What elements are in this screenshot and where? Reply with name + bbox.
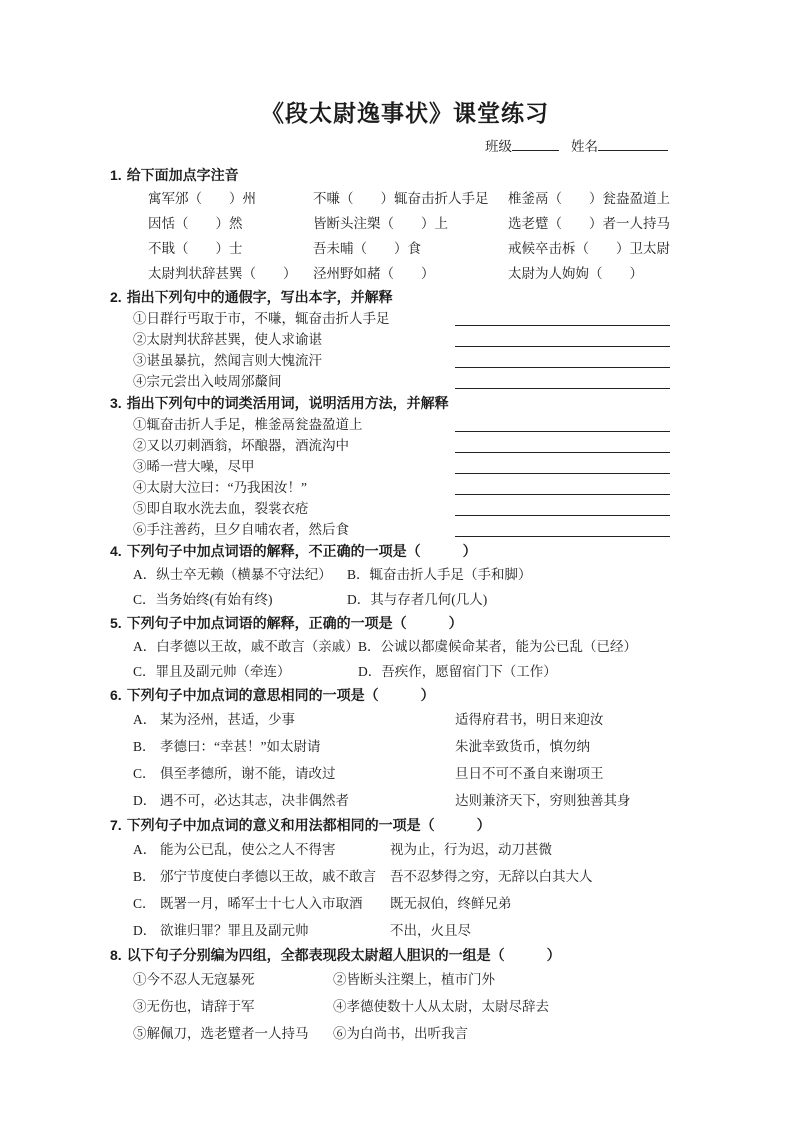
question-2-prompt: 指出下列句中的通假字，写出本字，并解释 (127, 289, 393, 305)
option-label: D． (133, 917, 160, 944)
pinyin-row-3: 不戢（ ）士 吾未晡（ ）食 戒候卒击柝（ ）卫太尉 (148, 236, 700, 261)
pinyin-item: 因恬（ ）然 (148, 211, 313, 236)
answer-blank-line[interactable] (455, 431, 670, 432)
option-row-b: B． 邠宁节度使白孝德以王故，戚不敢言 吾不忍梦得之穷，无辞以白其大人 (133, 863, 700, 890)
pinyin-item: 泾州野如赭（ ） (313, 261, 508, 286)
numbered-sentence: ④孝德使数十人从太尉，太尉尽辞去 (333, 993, 700, 1020)
question-1: 1.给下面加点字注音 寓军邠（ ）州 不嗛（ ）辄奋击折人手足 椎釜鬲（ ）瓮盎… (110, 164, 700, 286)
pinyin-item: 不戢（ ）士 (148, 236, 313, 261)
answer-blank-line[interactable] (455, 536, 670, 537)
question-3-prompt: 指出下列句中的词类活用词，说明活用方法，并解释 (127, 395, 449, 411)
numbered-sentence: ②皆断头注槊上，植市门外 (333, 966, 700, 993)
sentence-text: ②太尉判状辞甚巽，使人求谕谌 (133, 329, 455, 350)
page-title: 《段太尉逸事状》课堂练习 (110, 96, 700, 130)
answer-blank-line[interactable] (455, 367, 670, 368)
option-left-sentence: 能为公已乱，使公之人不得害 (160, 836, 390, 863)
option-row-a: A． 能为公已乱，使公之人不得害 视为止，行为迟，动刀甚微 (133, 836, 700, 863)
numbered-sentence: ⑥为白尚书，出听我言 (333, 1020, 700, 1047)
question-8-header: 8.以下句子分别编为四组，全都表现段太尉超人胆识的一组是（ ） (110, 944, 700, 966)
question-5-header: 5.下列句子中加点词语的解释，正确的一项是（ ） (110, 612, 700, 634)
question-5-prompt: 下列句子中加点词语的解释，正确的一项是（ ） (127, 615, 463, 631)
question-4: 4.下列句子中加点词语的解释，不正确的一项是（ ） A．纵士卒无赖（横暴不守法纪… (110, 540, 700, 612)
fill-item-row: ④太尉大泣曰：“乃我困汝！” (133, 477, 700, 498)
question-7-header: 7.下列句子中加点词的意义和用法都相同的一项是（ ） (110, 814, 700, 836)
fill-item-row: ①日群行丐取于市，不嗛，辄奋击折人手足 (133, 308, 700, 329)
answer-blank-line[interactable] (455, 473, 670, 474)
option-right-sentence: 朱泚幸致货币，慎勿纳 (455, 733, 700, 760)
option-row-a: A． 某为泾州，甚适，少事 适得府君书，明日来迎汝 (133, 706, 700, 733)
name-label: 姓名 (571, 139, 598, 154)
answer-blank-line[interactable] (455, 452, 670, 453)
fill-item-row: ④宗元尝出入岐周邠斄间 (133, 371, 700, 392)
option-left-sentence: 孝德曰：“幸甚！”如太尉请 (160, 733, 455, 760)
option-c: C．当务始终(有始有终) (133, 587, 347, 612)
option-left-sentence: 遇不可，必达其志，决非偶然者 (160, 787, 455, 814)
question-7-number: 7. (110, 817, 122, 833)
numbered-sentence-row: ③无伤也，请辞于军 ④孝德使数十人从太尉，太尉尽辞去 (133, 993, 700, 1020)
question-7: 7.下列句子中加点词的意义和用法都相同的一项是（ ） A． 能为公已乱，使公之人… (110, 814, 700, 944)
fill-item-row: ③晞一营大噪，尽甲 (133, 456, 700, 477)
option-left-sentence: 既署一月，晞军士十七人入市取酒 (160, 890, 390, 917)
pinyin-item: 选老躄（ ）者一人持马 (508, 211, 700, 236)
option-a: A．纵士卒无赖（横暴不守法纪） (133, 562, 347, 587)
question-8: 8.以下句子分别编为四组，全都表现段太尉超人胆识的一组是（ ） ①今不忍人无寇暴… (110, 944, 700, 1047)
fill-item-row: ②又以刃刺酒翁，坏酿器，酒流沟中 (133, 435, 700, 456)
question-6: 6.下列句子中加点词的意思相同的一项是（ ） A． 某为泾州，甚适，少事 适得府… (110, 684, 700, 814)
question-4-prompt: 下列句子中加点词语的解释，不正确的一项是（ ） (127, 543, 477, 559)
question-4-number: 4. (110, 543, 122, 559)
sentence-text: ⑥手注善药，旦夕自哺农者，然后食 (133, 519, 455, 540)
sentence-text: ①日群行丐取于市，不嗛，辄奋击折人手足 (133, 308, 455, 329)
option-row: A．白孝德以王故，戚不敢言（亲戚） B．公诚以都虞候命某者，能为公已乱（已经） (133, 634, 700, 659)
pinyin-row-1: 寓军邠（ ）州 不嗛（ ）辄奋击折人手足 椎釜鬲（ ）瓮盎盈道上 (148, 186, 700, 211)
option-row-d: D． 欲谁归罪？罪且及副元帅 不出，火且尽 (133, 917, 700, 944)
pinyin-item: 吾未晡（ ）食 (313, 236, 508, 261)
option-label: C． (133, 760, 160, 787)
pinyin-item: 戒候卒击柝（ ）卫太尉 (508, 236, 700, 261)
option-d: D．其与存者几何(几人) (347, 587, 700, 612)
sentence-text: ③晞一营大噪，尽甲 (133, 456, 455, 477)
question-6-header: 6.下列句子中加点词的意思相同的一项是（ ） (110, 684, 700, 706)
numbered-sentence: ①今不忍人无寇暴死 (133, 966, 333, 993)
question-3: 3.指出下列句中的词类活用词，说明活用方法，并解释 ①辄奋击折人手足，椎釜鬲瓮盎… (110, 392, 700, 540)
pinyin-row-4: 太尉判状辞甚巽（ ） 泾州野如赭（ ） 太尉为人姁姁（ ） (148, 261, 700, 286)
sentence-text: ③谌虽暴抗，然闻言则大愧流汗 (133, 350, 455, 371)
option-left-sentence: 欲谁归罪？罪且及副元帅 (160, 917, 390, 944)
option-row-c: C． 俱至孝德所，谢不能，请改过 旦日不可不蚤自来谢项王 (133, 760, 700, 787)
option-right-sentence: 旦日不可不蚤自来谢项王 (455, 760, 700, 787)
question-3-header: 3.指出下列句中的词类活用词，说明活用方法，并解释 (110, 392, 700, 414)
question-2: 2.指出下列句中的通假字，写出本字，并解释 ①日群行丐取于市，不嗛，辄奋击折人手… (110, 286, 700, 392)
option-row: C．当务始终(有始有终) D．其与存者几何(几人) (133, 587, 700, 612)
numbered-sentence-row: ⑤解佩刀，选老躄者一人持马 ⑥为白尚书，出听我言 (133, 1020, 700, 1047)
option-label: C． (133, 890, 160, 917)
sentence-text: ①辄奋击折人手足，椎釜鬲瓮盎盈道上 (133, 414, 455, 435)
option-label: A． (133, 836, 160, 863)
sentence-text: ④宗元尝出入岐周邠斄间 (133, 371, 455, 392)
option-label: A． (133, 706, 160, 733)
option-row: C．罪且及副元帅（牵连） D．吾疾作，愿留宿门下（工作） (133, 659, 700, 684)
question-6-number: 6. (110, 687, 122, 703)
question-8-number: 8. (110, 947, 122, 963)
pinyin-item: 不嗛（ ）辄奋击折人手足 (313, 186, 508, 211)
question-2-header: 2.指出下列句中的通假字，写出本字，并解释 (110, 286, 700, 308)
numbered-sentence: ⑤解佩刀，选老躄者一人持马 (133, 1020, 333, 1047)
answer-blank-line[interactable] (455, 515, 670, 516)
question-8-prompt: 以下句子分别编为四组，全都表现段太尉超人胆识的一组是（ ） (127, 947, 561, 963)
option-right-sentence: 不出，火且尽 (390, 917, 700, 944)
option-right-sentence: 吾不忍梦得之穷，无辞以白其大人 (390, 863, 700, 890)
question-1-prompt: 给下面加点字注音 (127, 167, 239, 183)
numbered-sentence: ③无伤也，请辞于军 (133, 993, 333, 1020)
question-1-header: 1.给下面加点字注音 (110, 164, 700, 186)
option-right-sentence: 视为止，行为迟，动刀甚微 (390, 836, 700, 863)
question-5-number: 5. (110, 615, 122, 631)
option-b: B．公诚以都虞候命某者，能为公已乱（已经） (358, 634, 700, 659)
pinyin-item: 太尉为人姁姁（ ） (508, 261, 700, 286)
sentence-text: ④太尉大泣曰：“乃我困汝！” (133, 477, 455, 498)
sentence-text: ②又以刃刺酒翁，坏酿器，酒流沟中 (133, 435, 455, 456)
option-a: A．白孝德以王故，戚不敢言（亲戚） (133, 634, 358, 659)
option-left-sentence: 邠宁节度使白孝德以王故，戚不敢言 (160, 863, 390, 890)
option-row: A．纵士卒无赖（横暴不守法纪） B．辄奋击折人手足（手和脚） (133, 562, 700, 587)
option-row-b: B． 孝德曰：“幸甚！”如太尉请 朱泚幸致货币，慎勿纳 (133, 733, 700, 760)
class-label: 班级 (485, 139, 512, 154)
pinyin-item: 寓军邠（ ）州 (148, 186, 313, 211)
fill-item-row: ①辄奋击折人手足，椎釜鬲瓮盎盈道上 (133, 414, 700, 435)
question-2-number: 2. (110, 289, 122, 305)
class-blank-line[interactable] (512, 138, 559, 151)
pinyin-item: 椎釜鬲（ ）瓮盎盈道上 (508, 186, 700, 211)
numbered-sentence-row: ①今不忍人无寇暴死 ②皆断头注槊上，植市门外 (133, 966, 700, 993)
question-4-header: 4.下列句子中加点词语的解释，不正确的一项是（ ） (110, 540, 700, 562)
option-label: B． (133, 863, 160, 890)
answer-blank-line[interactable] (455, 325, 670, 326)
pinyin-row-2: 因恬（ ）然 皆断头注槊（ ）上 选老躄（ ）者一人持马 (148, 211, 700, 236)
name-blank-line[interactable] (598, 138, 668, 151)
option-d: D．吾疾作，愿留宿门下（工作） (358, 659, 700, 684)
pinyin-item: 皆断头注槊（ ）上 (313, 211, 508, 236)
fill-item-row: ②太尉判状辞甚巽，使人求谕谌 (133, 329, 700, 350)
option-left-sentence: 俱至孝德所，谢不能，请改过 (160, 760, 455, 787)
fill-item-row: ③谌虽暴抗，然闻言则大愧流汗 (133, 350, 700, 371)
option-right-sentence: 既无叔伯，终鲜兄弟 (390, 890, 700, 917)
pinyin-item: 太尉判状辞甚巽（ ） (148, 261, 313, 286)
option-right-sentence: 适得府君书，明日来迎汝 (455, 706, 700, 733)
option-right-sentence: 达则兼济天下，穷则独善其身 (455, 787, 700, 814)
sentence-text: ⑤即自取水洗去血，裂裳衣疮 (133, 498, 455, 519)
option-left-sentence: 某为泾州，甚适，少事 (160, 706, 455, 733)
fill-item-row: ⑥手注善药，旦夕自哺农者，然后食 (133, 519, 700, 540)
answer-blank-line[interactable] (455, 494, 670, 495)
fill-item-row: ⑤即自取水洗去血，裂裳衣疮 (133, 498, 700, 519)
answer-blank-line[interactable] (455, 346, 670, 347)
answer-blank-line[interactable] (455, 388, 670, 389)
question-3-number: 3. (110, 395, 122, 411)
option-c: C．罪且及副元帅（牵连） (133, 659, 358, 684)
question-6-prompt: 下列句子中加点词的意思相同的一项是（ ） (127, 687, 435, 703)
option-row-c: C． 既署一月，晞军士十七人入市取酒 既无叔伯，终鲜兄弟 (133, 890, 700, 917)
question-7-prompt: 下列句子中加点词的意义和用法都相同的一项是（ ） (127, 817, 491, 833)
question-1-number: 1. (110, 167, 122, 183)
option-label: B． (133, 733, 160, 760)
option-b: B．辄奋击折人手足（手和脚） (347, 562, 700, 587)
question-5: 5.下列句子中加点词语的解释，正确的一项是（ ） A．白孝德以王故，戚不敢言（亲… (110, 612, 700, 684)
option-label: D． (133, 787, 160, 814)
worksheet-page: 《段太尉逸事状》课堂练习 班级姓名 1.给下面加点字注音 寓军邠（ ）州 不嗛（… (0, 0, 800, 1047)
option-row-d: D． 遇不可，必达其志，决非偶然者 达则兼济天下，穷则独善其身 (133, 787, 700, 814)
student-info-line: 班级姓名 (485, 136, 700, 158)
